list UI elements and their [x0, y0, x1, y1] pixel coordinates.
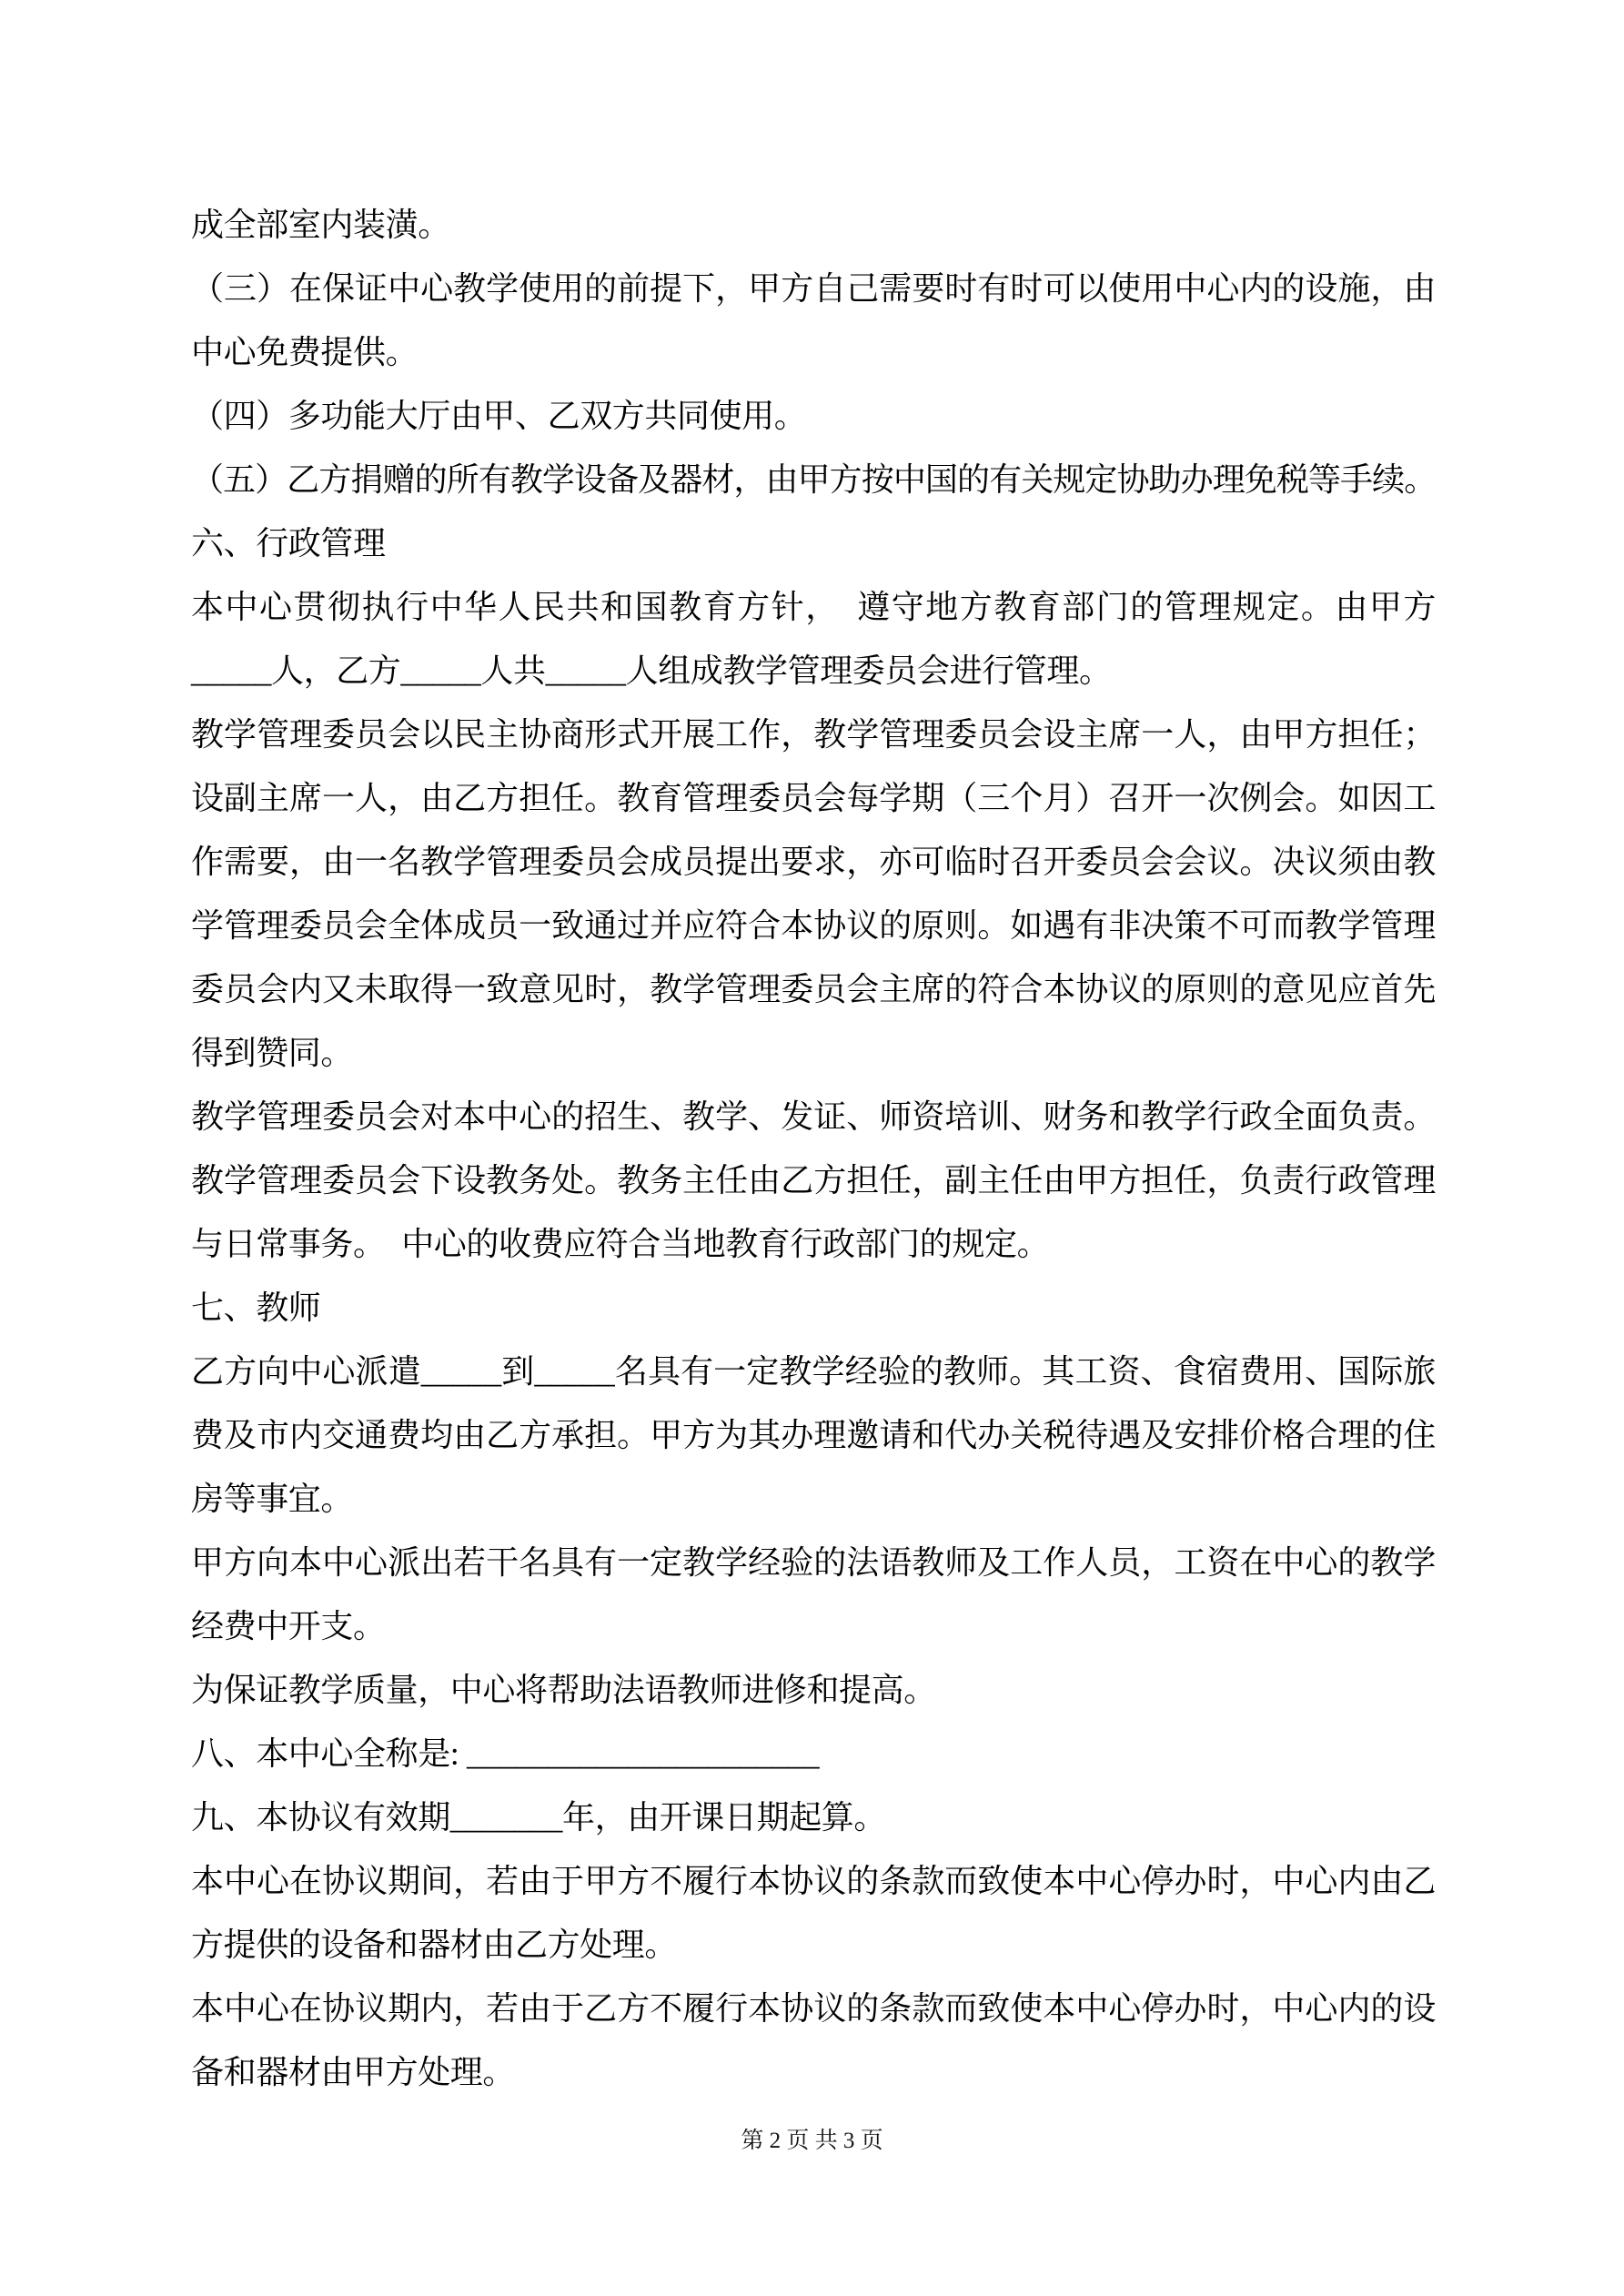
clause-three-line: 中心免费提供。 [191, 320, 1436, 384]
text-line-blank-fields: 乙方向中心派遣_____到_____名具有一定教学经验的教师。其工资、食宿费用、… [191, 1340, 1436, 1403]
section-seven-heading: 七、教师 [191, 1276, 1436, 1340]
text-line: 本中心在协议期内，若由于乙方不履行本协议的条款而致使本中心停办时，中心内的设 [191, 1977, 1436, 2040]
text-line: 甲方向本中心派出若干名具有一定教学经验的法语教师及工作人员，工资在中心的教学 [191, 1531, 1436, 1594]
text-line: 本中心在协议期间，若由于甲方不履行本协议的条款而致使本中心停办时，中心内由乙 [191, 1849, 1436, 1913]
clause-five-line: （五）乙方捐赠的所有教学设备及器材，由甲方按中国的有关规定协助办理免税等手续。 [191, 448, 1436, 511]
clause-four-line: （四）多功能大厅由甲、乙双方共同使用。 [191, 384, 1436, 448]
text-line: 教学管理委员会以民主协商形式开展工作，教学管理委员会设主席一人，由甲方担任； [191, 703, 1436, 766]
text-line: 费及市内交通费均由乙方承担。甲方为其办理邀请和代办关税待遇及安排价格合理的住 [191, 1403, 1436, 1467]
section-six-heading: 六、行政管理 [191, 511, 1436, 575]
text-line: 委员会内又未取得一致意见时，教学管理委员会主席的符合本协议的原则的意见应首先 [191, 957, 1436, 1021]
text-line: 与日常事务。 中心的收费应符合当地教育行政部门的规定。 [191, 1212, 1436, 1276]
text-line: 得到赞同。 [191, 1021, 1436, 1085]
text-line-blank-fields: _____人，乙方_____人共_____人组成教学管理委员会进行管理。 [191, 639, 1436, 703]
document-page: 成全部室内装潢。 （三）在保证中心教学使用的前提下，甲方自己需要时有时可以使用中… [0, 0, 1624, 2296]
clause-three-line: （三）在保证中心教学使用的前提下，甲方自己需要时有时可以使用中心内的设施，由 [191, 257, 1436, 320]
text-line: 房等事宜。 [191, 1467, 1436, 1531]
page-content: 成全部室内装潢。 （三）在保证中心教学使用的前提下，甲方自己需要时有时可以使用中… [191, 193, 1436, 2104]
page-footer: 第 2 页 共 3 页 [0, 2126, 1624, 2157]
clause-eight-line: 八、本中心全称是: ______________________ [191, 1722, 1436, 1785]
text-line: 为保证教学质量，中心将帮助法语教师进修和提高。 [191, 1658, 1436, 1722]
text-line: 方提供的设备和器材由乙方处理。 [191, 1913, 1436, 1977]
text-line: 本中心贯彻执行中华人民共和国教育方针， 遵守地方教育部门的管理规定。由甲方 [191, 575, 1436, 639]
text-line: 作需要，由一名教学管理委员会成员提出要求，亦可临时召开委员会会议。决议须由教 [191, 830, 1436, 894]
text-line: 学管理委员会全体成员一致通过并应符合本协议的原则。如遇有非决策不可而教学管理 [191, 894, 1436, 957]
text-line: 成全部室内装潢。 [191, 193, 1436, 257]
text-line: 设副主席一人，由乙方担任。教育管理委员会每学期（三个月）召开一次例会。如因工 [191, 766, 1436, 830]
text-line: 备和器材由甲方处理。 [191, 2040, 1436, 2104]
clause-nine-line: 九、本协议有效期_______年，由开课日期起算。 [191, 1785, 1436, 1849]
text-line: 经费中开支。 [191, 1594, 1436, 1658]
text-line: 教学管理委员会下设教务处。教务主任由乙方担任，副主任由甲方担任，负责行政管理 [191, 1148, 1436, 1212]
text-line: 教学管理委员会对本中心的招生、教学、发证、师资培训、财务和教学行政全面负责。 [191, 1085, 1436, 1148]
